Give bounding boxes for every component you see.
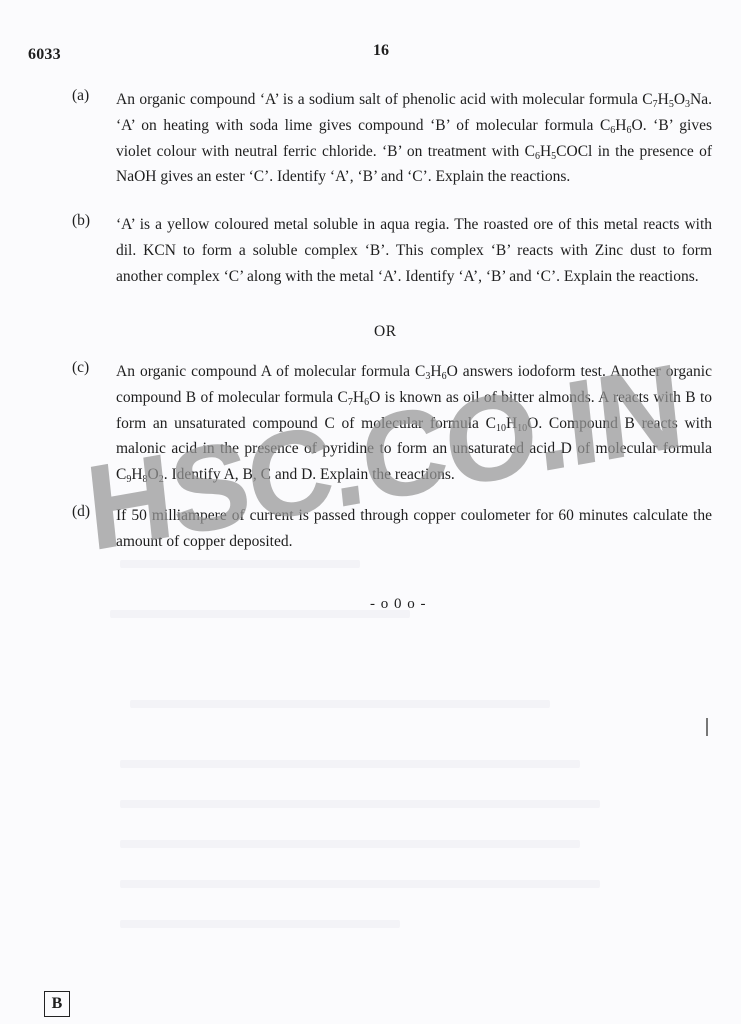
question-c: (c) An organic compound A of molecular f… [72, 359, 712, 488]
paper-code: 6033 [28, 46, 61, 64]
question-text: An organic compound A of molecular formu… [116, 359, 712, 488]
series-code-box: B [44, 991, 70, 1017]
page-number: 16 [373, 42, 389, 60]
or-separator: OR [374, 323, 397, 341]
question-label: (a) [72, 87, 89, 105]
question-text: ‘A’ is a yellow coloured metal soluble i… [116, 212, 712, 289]
end-of-paper-mark: - o 0 o - [370, 596, 427, 613]
question-text: If 50 milliampere of current is passed t… [116, 503, 712, 555]
question-text: An organic compound ‘A’ is a sodium salt… [116, 87, 712, 190]
question-label: (d) [72, 503, 90, 521]
question-label: (b) [72, 212, 90, 230]
question-d: (d) If 50 milliampere of current is pass… [72, 503, 712, 555]
exam-page: 6033 16 (a) An organic compound ‘A’ is a… [0, 0, 741, 1024]
question-b: (b) ‘A’ is a yellow coloured metal solub… [72, 212, 712, 289]
scan-mark [706, 718, 708, 736]
question-label: (c) [72, 359, 89, 377]
question-a: (a) An organic compound ‘A’ is a sodium … [72, 87, 712, 190]
